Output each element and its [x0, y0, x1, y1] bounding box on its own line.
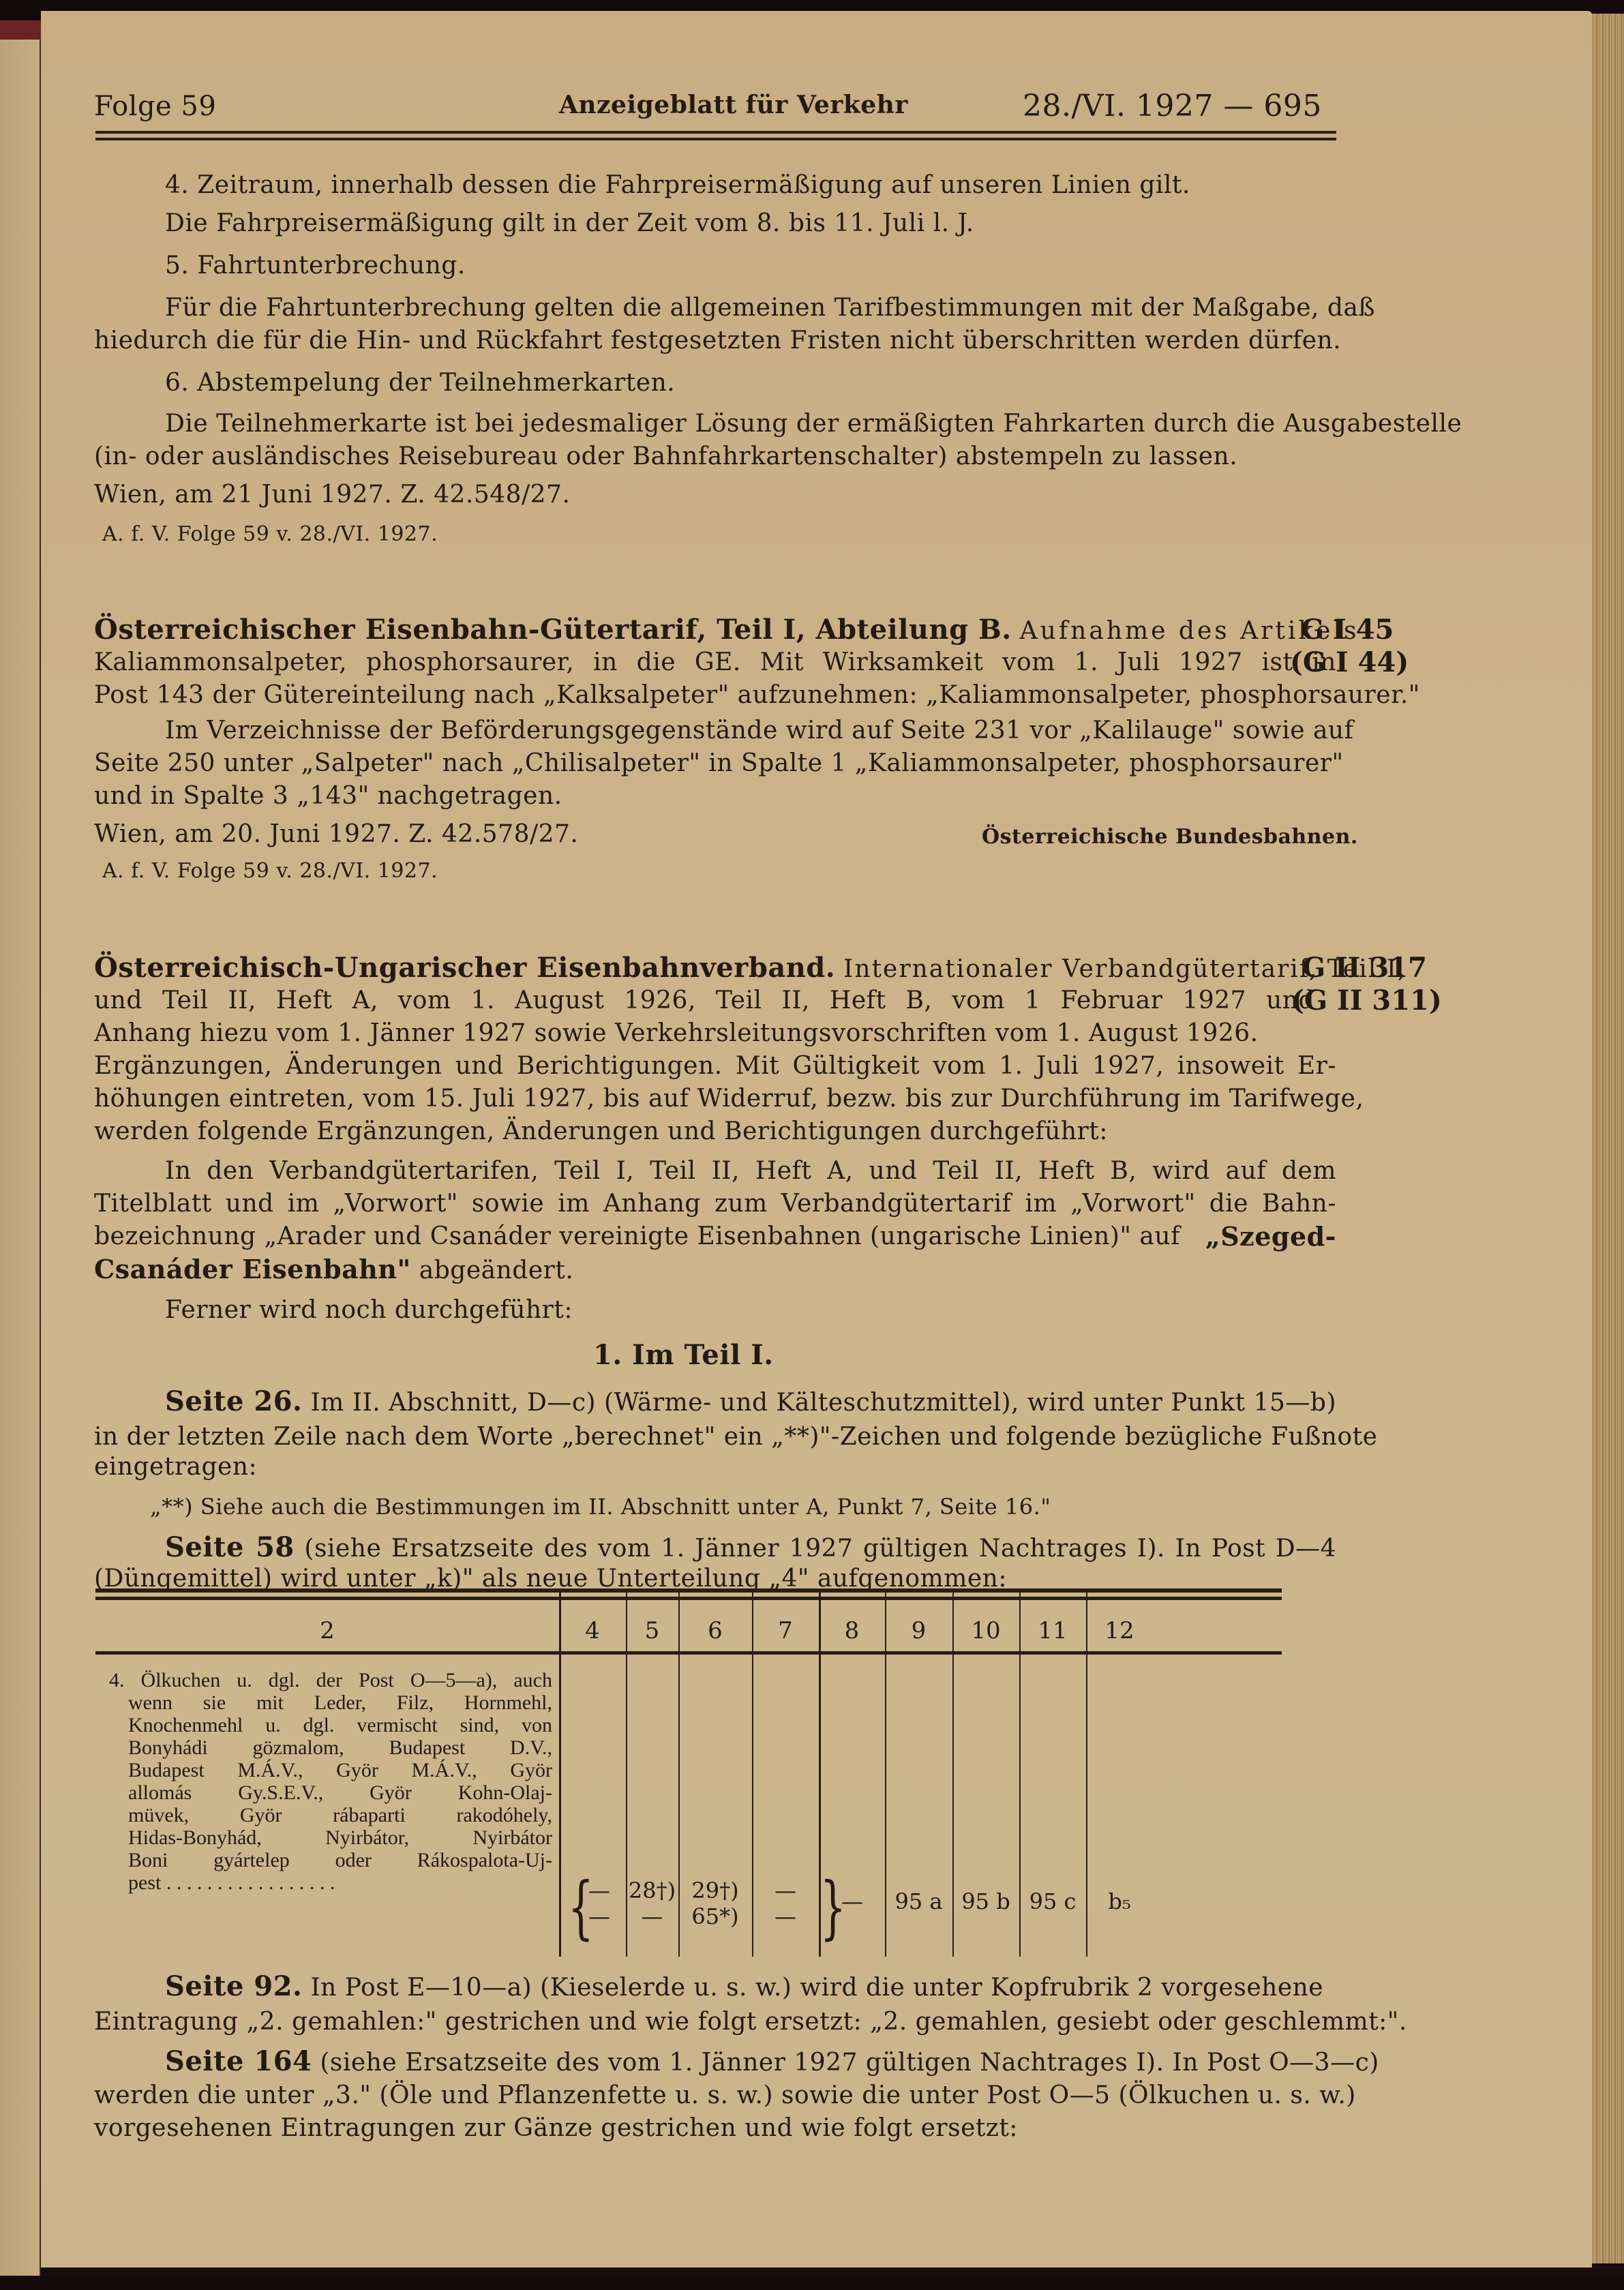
table-row-description: 4. Ölkuchen u. dgl. der Post O—5—a), auc… — [109, 1669, 552, 1894]
item-6-heading: 6. Abstempelung der Teilnehmerkarten. — [165, 368, 675, 398]
header-rule-bottom — [95, 138, 1336, 140]
paragraph-line: Kaliammonsalpeter, phosphorsaurer, in di… — [94, 648, 1336, 678]
section-title-line: Österreichisch-Ungarischer Eisenbahnverb… — [94, 953, 1407, 984]
header-date-page: 28./VI. 1927 — 695 — [1023, 91, 1322, 121]
book-binding-bottom — [0, 2276, 1624, 2290]
paragraph-line: Seite 58 (siehe Ersatzseite des vom 1. J… — [165, 1533, 1336, 1564]
column-header: 4 — [559, 1617, 626, 1644]
page-stack-edges — [1587, 14, 1624, 2263]
cell-value: — — [573, 1903, 626, 1929]
header-title: Anzeigeblatt für Verkehr — [559, 90, 908, 120]
paragraph-line: Für die Fahrtunterbrechung gelten die al… — [165, 293, 1336, 323]
footnote: „**) Siehe auch die Bestimmungen im II. … — [150, 1492, 1051, 1522]
cell-col11: 95 c — [1019, 1888, 1086, 1914]
cell-col12: b₅ — [1086, 1888, 1153, 1914]
column-header: 9 — [885, 1617, 952, 1644]
paragraph-line: Titelblatt und im „Vorwort" sowie im Anh… — [94, 1189, 1336, 1219]
paragraph-line: Seite 164 (siehe Ersatzseite des vom 1. … — [165, 2047, 1283, 2078]
cell-col7: — — — [752, 1878, 819, 1929]
paragraph-line: Anhang hiezu vom 1. Jänner 1927 sowie Ve… — [94, 1019, 1259, 1049]
paragraph-line: Seite 92. In Post E—10—a) (Kieselerde u.… — [165, 1972, 1283, 2003]
paragraph-line: Ergänzungen, Änderungen und Berichtigung… — [94, 1051, 1336, 1081]
column-header: 5 — [626, 1617, 678, 1644]
table-rule-top — [95, 1588, 1282, 1593]
paragraph-line: Die Fahrpreisermäßigung gilt in der Zeit… — [165, 209, 974, 239]
paragraph-line: Seite 250 unter „Salpeter" nach „Chilisa… — [94, 749, 1336, 779]
line-text: In Post E—10—a) (Kieselerde u. s. w.) wi… — [310, 1974, 1323, 2002]
cell-value: 28†) — [626, 1878, 678, 1903]
cell-value: 65*) — [678, 1903, 752, 1929]
paragraph-line: Eintragung „2. gemahlen:" gestrichen und… — [94, 2007, 1407, 2037]
description-line: 4. Ölkuchen u. dgl. der Post O—5—a), auc… — [109, 1669, 552, 1691]
paragraph-line: Im Verzeichnisse der Beförderungsgegenst… — [165, 716, 1336, 746]
column-header: 7 — [752, 1617, 819, 1644]
column-header: 2 — [95, 1617, 559, 1644]
column-header: 12 — [1086, 1617, 1153, 1644]
cell-value: — — [626, 1903, 678, 1929]
table-rule-header — [95, 1651, 1282, 1655]
paragraph-line: Ferner wird noch durchgeführt: — [165, 1295, 573, 1325]
bold-text: Csanáder Eisenbahn" — [94, 1254, 411, 1284]
paragraph-line: Die Teilnehmerkarte ist bei jedesmaliger… — [165, 409, 1336, 439]
item-4-heading: 4. Zeitraum, innerhalb dessen die Fahrpr… — [165, 170, 1190, 200]
seite-label: Seite 164 — [165, 2045, 312, 2077]
paragraph-line: werden folgende Ergänzungen, Änderungen … — [94, 1117, 1108, 1147]
seite-label: Seite 92. — [165, 1970, 302, 2002]
description-line: Hidas-Bonyhád, Nyirbátor, Nyirbátor — [109, 1826, 552, 1849]
seite-label: Seite 26. — [165, 1385, 302, 1417]
cell-col6: 29†) 65*) — [678, 1878, 752, 1929]
column-header: 8 — [819, 1617, 885, 1644]
cell-col9: 95 a — [885, 1888, 952, 1914]
paragraph-line: In den Verbandgütertarifen, Teil I, Teil… — [165, 1156, 1336, 1186]
paragraph-line: und in Spalte 3 „143" nachgetragen. — [94, 781, 562, 811]
column-header: 10 — [952, 1617, 1019, 1644]
header-issue: Folge 59 — [94, 91, 216, 121]
paragraph-line: vorgesehenen Eintragungen zur Gänze gest… — [94, 2113, 1018, 2143]
line-text: abgeändert. — [411, 1256, 573, 1284]
paragraph-line: bezeichnung „Arader und Csanáder vereini… — [94, 1222, 1336, 1252]
description-line: müvek, Györ rábaparti rakodóhely, — [109, 1804, 552, 1826]
margin-code: G I 45 — [1301, 614, 1394, 646]
place-date: Wien, am 21 Juni 1927. Z. 42.548/27. — [94, 480, 570, 510]
signature: Österreichische Bundesbahnen. — [982, 822, 1358, 852]
previous-page-edge — [0, 40, 41, 2289]
subheading: 1. Im Teil I. — [593, 1340, 774, 1370]
reference: A. f. V. Folge 59 v. 28./VI. 1927. — [102, 856, 438, 886]
paragraph-line: (in- oder ausländisches Reisebureau oder… — [94, 442, 1237, 472]
paragraph-line: Seite 26. Im II. Abschnitt, D—c) (Wärme-… — [165, 1387, 1336, 1418]
cell-col8: — — [832, 1888, 873, 1914]
description-line: Boni gyártelep oder Rákospalota-Uj- — [109, 1849, 552, 1871]
paragraph-line: und Teil II, Heft A, vom 1. August 1926,… — [94, 986, 1314, 1016]
paragraph-line: höhungen eintreten, vom 15. Juli 1927, b… — [94, 1084, 1336, 1114]
cell-col5: 28†) — — [626, 1878, 678, 1929]
description-line: wenn sie mit Leder, Filz, Hornmehl, — [109, 1691, 552, 1714]
section-title: Österreichisch-Ungarischer Eisenbahnverb… — [94, 952, 835, 984]
description-line: Bonyhádi gözmalom, Budapest D.V., — [109, 1736, 552, 1759]
seite-label: Seite 58 — [165, 1531, 295, 1563]
paragraph-line: eingetragen: — [94, 1452, 257, 1482]
paragraph-line: werden die unter „3." (Öle und Pflanzenf… — [94, 2081, 1283, 2111]
place-date: Wien, am 20. Juni 1927. Z. 42.578/27. — [94, 819, 578, 849]
column-header: 11 — [1019, 1617, 1086, 1644]
table-rule-top-2 — [95, 1597, 1282, 1600]
item-5-heading: 5. Fahrtunterbrechung. — [165, 251, 466, 281]
cell-value: — — [573, 1878, 626, 1903]
header-rule-top — [95, 131, 1336, 134]
description-line: allomás Gy.S.E.V., Györ Kohn-Olaj- — [109, 1781, 552, 1804]
reference: A. f. V. Folge 59 v. 28./VI. 1927. — [102, 519, 438, 549]
section-title-line: Österreichischer Eisenbahn-Gütertarif, T… — [94, 615, 1359, 646]
line-text: (siehe Ersatzseite des vom 1. Jänner 192… — [304, 1535, 1336, 1563]
cell-col4: — — — [573, 1878, 626, 1929]
description-line: Budapest M.Á.V., Györ M.Á.V., Györ — [109, 1759, 552, 1781]
line-text: bezeichnung „Arader und Csanáder vereini… — [94, 1222, 1180, 1250]
margin-code: G II 317 — [1302, 952, 1427, 984]
section-title: Österreichischer Eisenbahn-Gütertarif, T… — [94, 614, 1012, 646]
column-header: 6 — [678, 1617, 752, 1644]
cell-value: — — [752, 1903, 819, 1929]
description-line: Knochenmehl u. dgl. vermischt sind, von — [109, 1714, 552, 1736]
margin-code: (G I 44) — [1290, 646, 1409, 678]
line-text: Im II. Abschnitt, D—c) (Wärme- und Kälte… — [310, 1389, 1336, 1417]
bold-text: „Szeged- — [1205, 1222, 1336, 1252]
line-text: (siehe Ersatzseite des vom 1. Jänner 192… — [320, 2049, 1379, 2077]
paragraph-line: Csanáder Eisenbahn" abgeändert. — [94, 1254, 573, 1286]
cell-col10: 95 b — [952, 1888, 1019, 1914]
paragraph-line: in der letzten Zeile nach dem Worte „ber… — [94, 1422, 1336, 1452]
paragraph-line: hiedurch die für die Hin- und Rückfahrt … — [94, 326, 1341, 356]
margin-code: (G II 311) — [1291, 984, 1442, 1016]
cell-value: — — [752, 1878, 819, 1903]
paragraph-line: Post 143 der Gütereinteilung nach „Kalks… — [94, 680, 1336, 710]
cell-value: 29†) — [678, 1878, 752, 1903]
description-line: pest . . . . . . . . . . . . . . . . . — [109, 1871, 552, 1894]
